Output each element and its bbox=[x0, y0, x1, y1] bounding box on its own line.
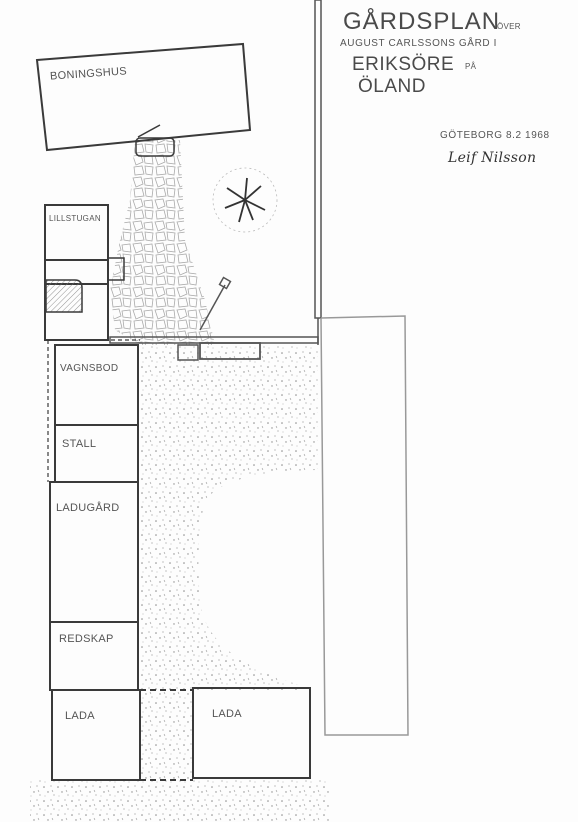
title-place-suffix: PÅ bbox=[465, 62, 476, 71]
location-date: GÖTEBORG 8.2 1968 bbox=[440, 130, 550, 141]
label-lillstugan: LILLSTUGAN bbox=[49, 214, 101, 223]
title-island: ÖLAND bbox=[358, 76, 426, 98]
stone-path bbox=[110, 140, 215, 345]
title-main: GÅRDSPLAN bbox=[343, 8, 500, 36]
building-boningshus bbox=[37, 44, 250, 156]
field-boundary bbox=[321, 316, 408, 735]
label-stall: STALL bbox=[62, 438, 96, 450]
building-lillstugan bbox=[45, 205, 124, 340]
label-ladugard: LADUGÅRD bbox=[56, 502, 120, 514]
label-redskap: REDSKAP bbox=[59, 633, 114, 645]
title-suffix: ÖVER bbox=[497, 22, 521, 31]
label-vagnsbod: VAGNSBOD bbox=[60, 363, 118, 374]
gravel-yard bbox=[30, 345, 330, 822]
label-lada-west: LADA bbox=[65, 710, 95, 722]
title-line2: AUGUST CARLSSONS GÅRD I bbox=[340, 38, 497, 49]
tree-icon bbox=[213, 168, 277, 232]
signature: Leif Nilsson bbox=[448, 150, 536, 166]
title-place: ERIKSÖRE bbox=[352, 54, 454, 76]
label-lada-east: LADA bbox=[212, 708, 242, 720]
farm-plan-drawing bbox=[0, 0, 578, 822]
